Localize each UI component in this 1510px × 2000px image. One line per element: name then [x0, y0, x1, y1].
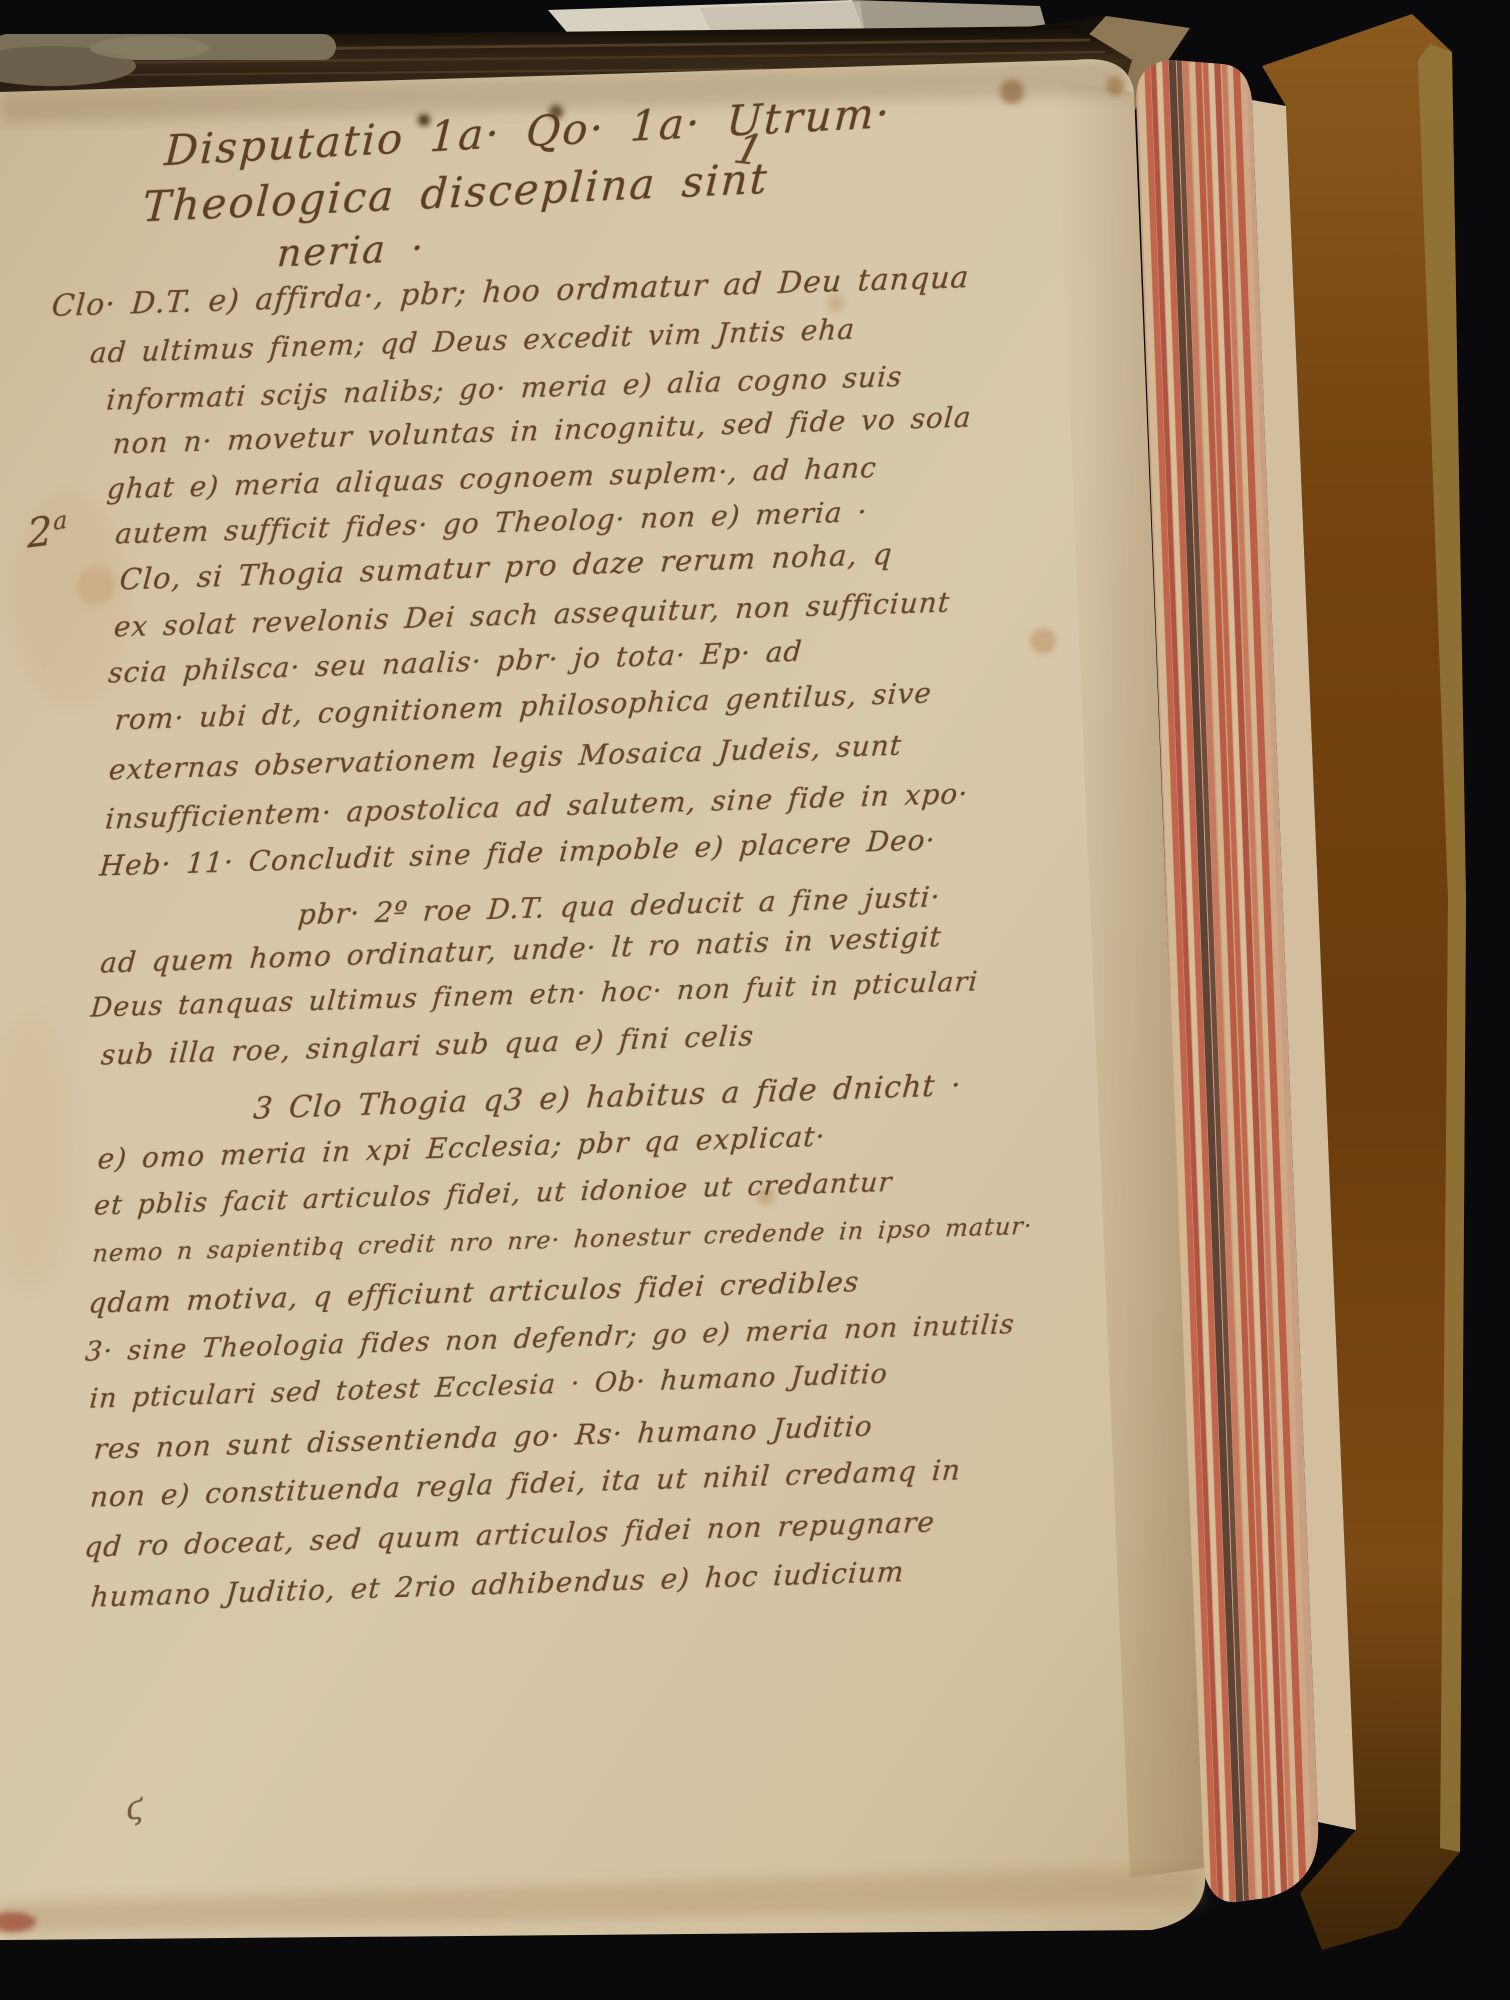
manuscript-line: in pticulari sed totest Ecclesia · Ob· h… [88, 1359, 889, 1415]
manuscript-line: sub illa roe, singlari sub qua e) fini c… [100, 1019, 756, 1071]
heading-line-1: Disputatio 1a· Qo· 1a· Utrum· [163, 88, 892, 175]
page-text: Disputatio 1a· Qo· 1a· Utrum· Theologica… [0, 0, 1510, 2000]
manuscript-line: qd ro doceat, sed quum articulos fidei n… [83, 1505, 936, 1563]
ink-mark: ϛ [124, 1786, 147, 1828]
margin-note-sup: a [53, 506, 69, 536]
manuscript-line: et pblis facit articulos fidei, ut idoni… [93, 1167, 894, 1222]
margin-note-base: 2 [27, 508, 54, 558]
manuscript-line: ex solat revelonis Dei sach assequitur, … [113, 586, 952, 644]
manuscript-line: res non sunt dissentienda go· Rs· humano… [93, 1409, 874, 1465]
manuscript-line: non e) constituenda regla fidei, ita ut … [89, 1453, 962, 1513]
manuscript-line: e) omo meria in xpi Ecclesia; pbr qa exp… [97, 1120, 827, 1176]
manuscript-line: ad ultimus finem; qd Deus excedit vim Jn… [89, 313, 856, 370]
manuscript-photo: Disputatio 1a· Qo· 1a· Utrum· Theologica… [0, 0, 1510, 2000]
manuscript-line: qdam motiva, q efficiunt articulos fidei… [87, 1265, 860, 1320]
heading-line-3: neria · [276, 226, 427, 276]
manuscript-line: externas observationem legis Mosaica Jud… [108, 729, 903, 787]
manuscript-line: 3 Clo Thogia q3 e) habitus a fide dnicht… [252, 1068, 963, 1127]
manuscript-line: humano Juditio, et 2rio adhibendus e) ho… [90, 1555, 906, 1614]
manuscript-line: scia philsca· seu naalis· pbr· jo tota· … [107, 635, 804, 690]
margin-note: 2a [27, 506, 70, 558]
manuscript-line: Heb· 11· Concludit sine fide impoble e) … [99, 823, 937, 882]
manuscript-line: nemo n sapientibq credit nro nre· honest… [92, 1212, 1034, 1268]
